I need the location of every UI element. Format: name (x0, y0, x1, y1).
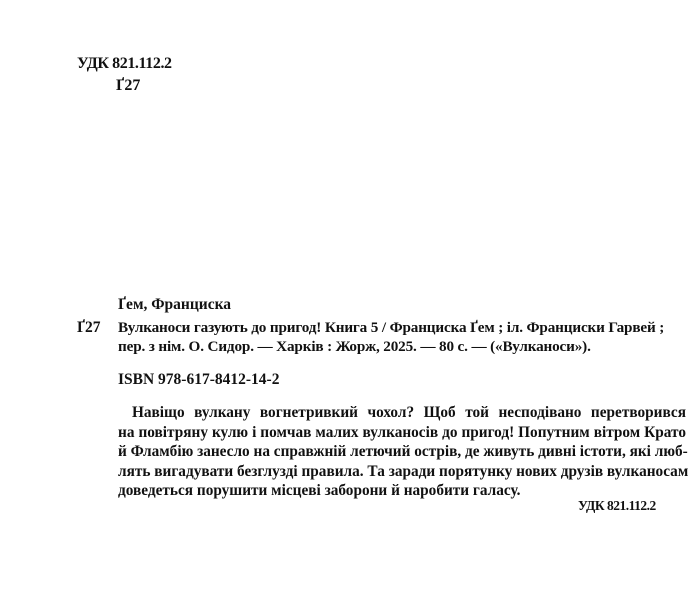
isbn: ISBN 978-617-8412-14-2 (118, 371, 279, 389)
udk-code-bottom: УДК 821.112.2 (578, 498, 656, 514)
author-index-top: Ґ27 (116, 77, 140, 95)
annotation-line: й Фламбію занесло на справжній летючий о… (118, 442, 686, 462)
udk-code-top: УДК 821.112.2 (77, 55, 172, 73)
author-index: Ґ27 (77, 319, 101, 337)
annotation-line: Навіщо вулкану вогнетривкий чохол? Щоб т… (118, 403, 686, 423)
author-heading: Ґем, Франциска (118, 296, 231, 314)
bibliographic-line: Вулканоси газують до пригод! Книга 5 / Ф… (118, 319, 664, 337)
bibliographic-line: пер. з нім. О. Сидор. — Харків : Жорж, 2… (118, 338, 591, 356)
annotation-line: на повітряну кулю і помчав малих вулкано… (118, 423, 686, 443)
annotation-paragraph: Навіщо вулкану вогнетривкий чохол? Щоб т… (118, 403, 686, 501)
annotation-line: лять вигадувати безглузді правила. Та за… (118, 462, 686, 482)
